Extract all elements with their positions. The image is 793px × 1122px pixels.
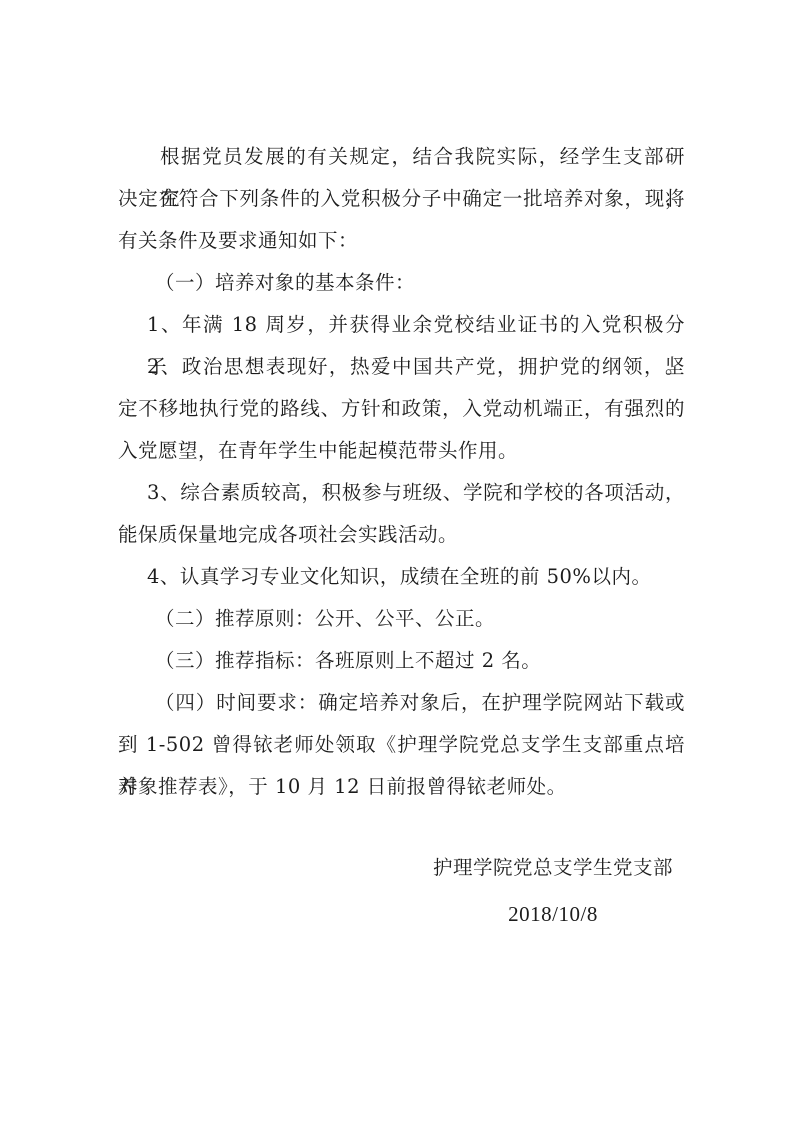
paragraph-line: 能保质保量地完成各项社会实践活动。 [118,514,685,556]
paragraph-line: 到 1-502 曾得铱老师处领取《护理学院党总支学生支部重点培养 [118,724,685,766]
numbered-item-line: 3、综合素质较高，积极参与班级、学院和学校的各项活动， [118,472,685,514]
signature: 护理学院党总支学生党支部 [418,845,688,891]
section-heading-line: （一）培养对象的基本条件： [118,262,685,304]
section-heading-line: （二）推荐原则：公开、公平、公正。 [118,598,685,640]
paragraph-line: 对象推荐表》，于 10 月 12 日前报曾得铱老师处。 [118,766,685,808]
numbered-item-line: 4、认真学习专业文化知识，成绩在全班的前 50%以内。 [118,556,685,598]
paragraph-line: 决定在符合下列条件的入党积极分子中确定一批培养对象，现将 [118,178,685,220]
document-body: 根据党员发展的有关规定，结合我院实际，经学生支部研究， 决定在符合下列条件的入党… [118,136,685,808]
signature-block: 护理学院党总支学生党支部 2018/10/8 [418,845,688,937]
section-heading-line: （三）推荐指标：各班原则上不超过 2 名。 [118,640,685,682]
document-page: 根据党员发展的有关规定，结合我院实际，经学生支部研究， 决定在符合下列条件的入党… [0,0,793,1122]
paragraph-line: 入党愿望，在青年学生中能起模范带头作用。 [118,430,685,472]
paragraph-line: 根据党员发展的有关规定，结合我院实际，经学生支部研究， [118,136,685,178]
paragraph-line: 定不移地执行党的路线、方针和政策，入党动机端正，有强烈的 [118,388,685,430]
date: 2018/10/8 [418,891,688,937]
section-heading-line: （四）时间要求：确定培养对象后，在护理学院网站下载或 [118,682,685,724]
numbered-item-line: 2、政治思想表现好，热爱中国共产党，拥护党的纲领，坚 [118,346,685,388]
paragraph-line: 有关条件及要求通知如下： [118,220,685,262]
numbered-item-line: 1、年满 18 周岁，并获得业余党校结业证书的入党积极分子。 [118,304,685,346]
